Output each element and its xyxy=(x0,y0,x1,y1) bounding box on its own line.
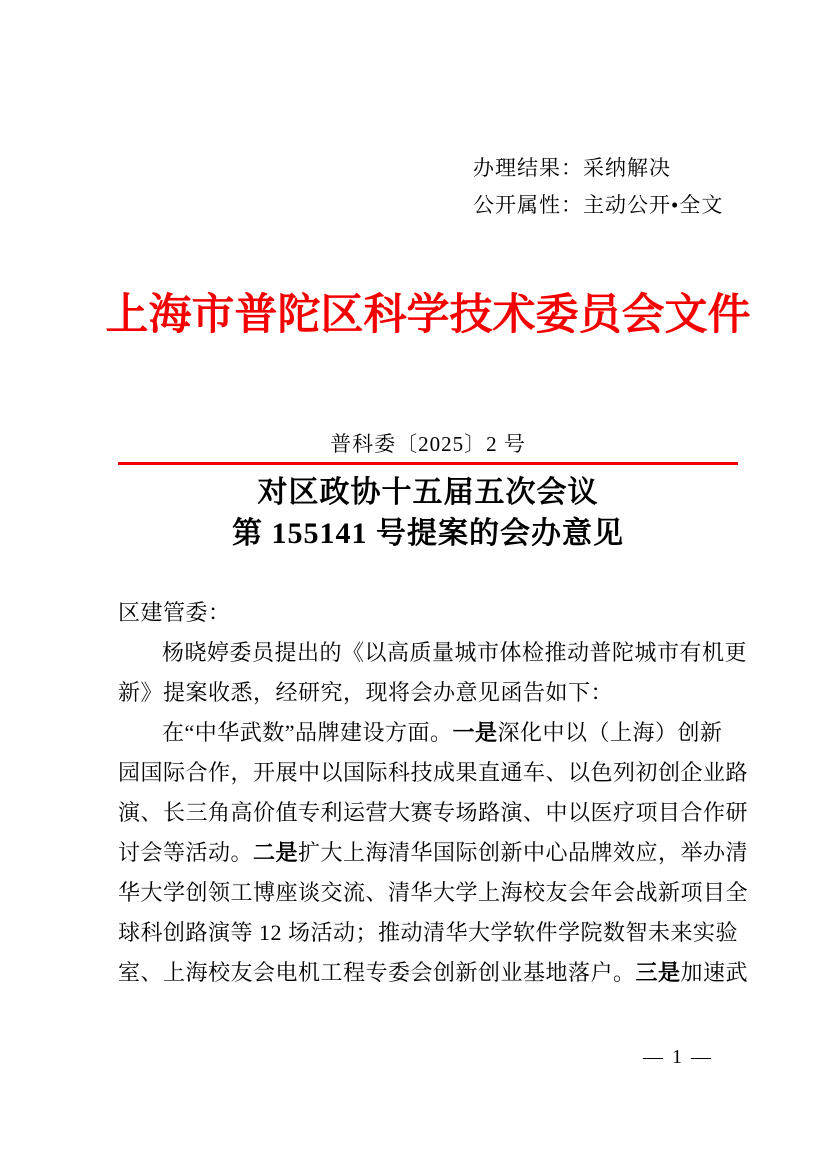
body-line: 讨会等活动。二是扩大上海清华国际创新中心品牌效应，举办清 xyxy=(118,833,740,873)
body-lines: 杨晓婷委员提出的《以高质量城市体检推动普陀城市有机更新》提案收悉，经研究，现将会… xyxy=(118,633,740,993)
body-segment-bold: 三是 xyxy=(636,960,681,985)
body-line: 演、长三角高价值专利运营大赛专场路演、中以医疗项目合作研 xyxy=(118,793,740,833)
body-segment: 加速武 xyxy=(681,960,749,985)
body-line: 园国际合作，开展中以国际科技成果直通车、以色列初创企业路 xyxy=(118,753,740,793)
body-segment: 华大学创领工博座谈交流、清华大学上海校友会年会战新项目全 xyxy=(118,880,748,905)
body-segment: 室、上海校友会电机工程专委会创新创业基地落户。 xyxy=(118,960,636,985)
body-segment: 新》提案收悉，经研究，现将会办意见函告如下： xyxy=(118,680,613,705)
page-number: — 1 — xyxy=(618,1046,738,1069)
body-line: 杨晓婷委员提出的《以高质量城市体检推动普陀城市有机更 xyxy=(118,633,740,673)
document-title-line-2: 第 155141 号提案的会办意见 xyxy=(118,513,738,554)
body-segment: 球科创路演等 12 场活动；推动清华大学软件学院数智未来实验 xyxy=(118,920,738,945)
meta-block: 办理结果：采纳解决 公开属性：主动公开•全文 xyxy=(473,150,723,224)
body-line: 球科创路演等 12 场活动；推动清华大学软件学院数智未来实验 xyxy=(118,913,740,953)
body-segment: 园国际合作，开展中以国际科技成果直通车、以色列初创企业路 xyxy=(118,760,748,785)
body-line: 在“中华武数”品牌建设方面。一是深化中以（上海）创新 xyxy=(118,713,740,753)
body-segment-bold: 一是 xyxy=(453,720,498,745)
body-segment: 深化中以（上海）创新 xyxy=(498,720,723,745)
body-segment: 在“中华武数”品牌建设方面。 xyxy=(162,720,453,745)
meta-handling-result: 办理结果：采纳解决 xyxy=(473,150,723,187)
body-line: 新》提案收悉，经研究，现将会办意见函告如下： xyxy=(118,673,740,713)
body-segment: 杨晓婷委员提出的《以高质量城市体检推动普陀城市有机更 xyxy=(162,640,747,665)
body-segment: 演、长三角高价值专利运营大赛专场路演、中以医疗项目合作研 xyxy=(118,800,748,825)
body-segment: 讨会等活动。 xyxy=(118,840,253,865)
red-divider-line xyxy=(118,462,738,465)
body-line: 室、上海校友会电机工程专委会创新创业基地落户。三是加速武 xyxy=(118,953,740,993)
document-number: 普科委〔2025〕2 号 xyxy=(118,428,738,458)
document-page: 办理结果：采纳解决 公开属性：主动公开•全文 上海市普陀区科学技术委员会文件 普… xyxy=(0,0,826,1169)
body-segment-bold: 二是 xyxy=(253,840,298,865)
document-title-line-1: 对区政协十五届五次会议 xyxy=(118,472,738,513)
body-segment: 扩大上海清华国际创新中心品牌效应，举办清 xyxy=(298,840,748,865)
salutation: 区建管委： xyxy=(118,593,740,633)
document-title: 对区政协十五届五次会议 第 155141 号提案的会办意见 xyxy=(118,472,738,554)
body-line: 华大学创领工博座谈交流、清华大学上海校友会年会战新项目全 xyxy=(118,873,740,913)
masthead-issuer-title: 上海市普陀区科学技术委员会文件 xyxy=(98,281,758,342)
body-text: 区建管委： 杨晓婷委员提出的《以高质量城市体检推动普陀城市有机更新》提案收悉，经… xyxy=(118,593,740,993)
meta-disclosure: 公开属性：主动公开•全文 xyxy=(473,187,723,224)
